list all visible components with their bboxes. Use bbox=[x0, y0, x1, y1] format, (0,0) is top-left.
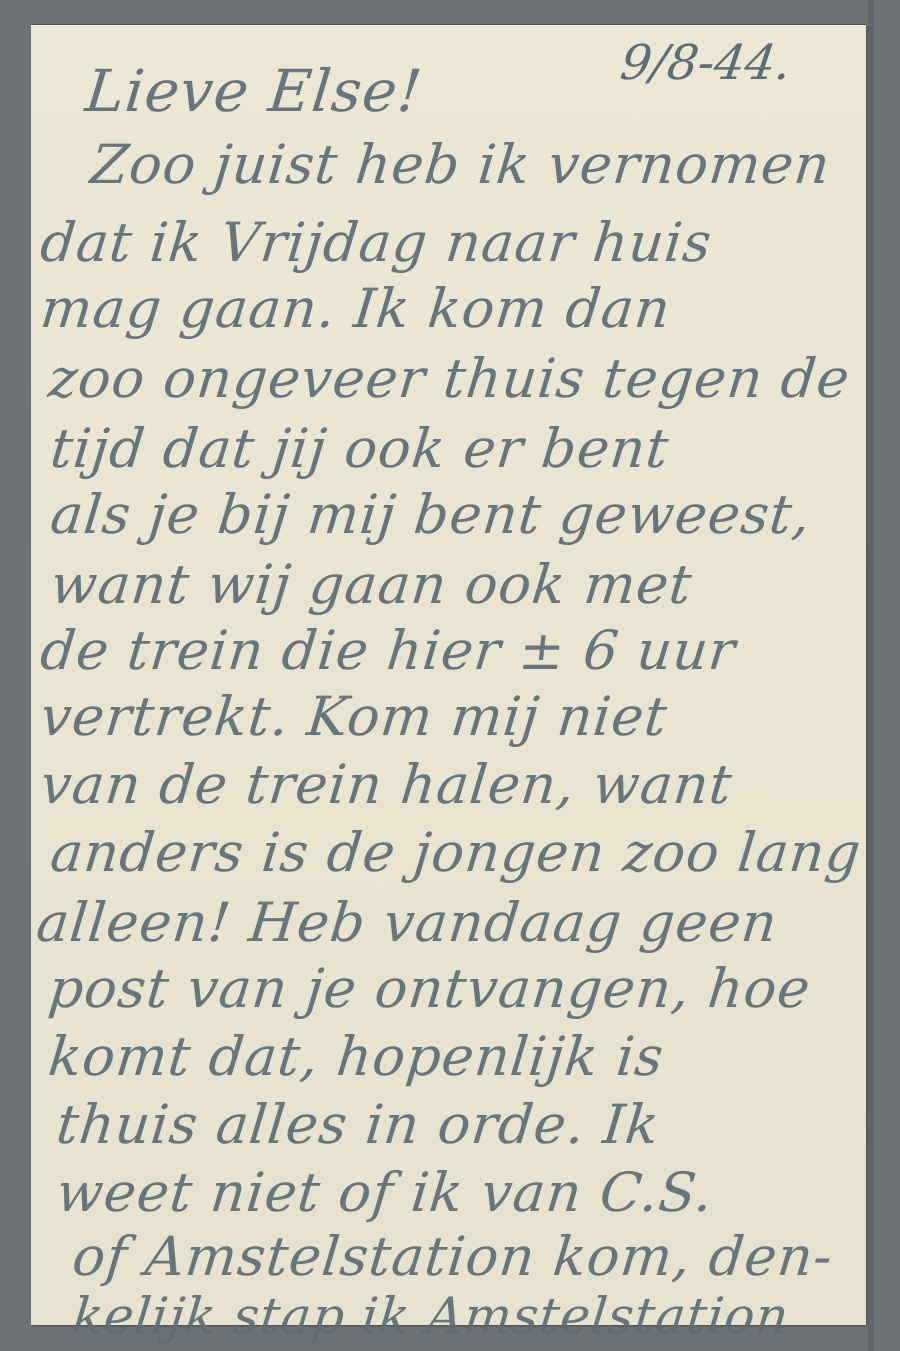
letter-line: mag gaan. Ik kom dan bbox=[38, 277, 674, 340]
letter-line: komt dat, hopenlijk is bbox=[46, 1025, 667, 1088]
letter-line: anders is de jongen zoo lang bbox=[48, 821, 865, 884]
letter-line: weet niet of ik van C.S. bbox=[54, 1161, 717, 1224]
letter-line: want wij gaan ook met bbox=[48, 553, 696, 616]
letter-line: zoo ongeveer thuis tegen de bbox=[46, 347, 854, 410]
letter-line: post van je ontvangen, hoe bbox=[46, 957, 814, 1020]
postcard: Lieve Else! 9/8-44. Zoo juist heb ik ver… bbox=[31, 25, 866, 1325]
letter-line: Zoo juist heb ik vernomen bbox=[88, 133, 834, 196]
letter-line: tijd dat jij ook er bent bbox=[48, 417, 672, 480]
letter-line: als je bij mij bent geweest, bbox=[48, 483, 814, 546]
letter-line: de trein die hier ± 6 uur bbox=[38, 619, 739, 682]
letter-line: alleen! Heb vandaag geen bbox=[34, 891, 781, 954]
letter-line: van de trein halen, want bbox=[38, 753, 736, 816]
letter-line: kelijk stap ik Amstelstation bbox=[70, 1287, 792, 1345]
letter-line: thuis alles in orde. Ik bbox=[54, 1093, 663, 1156]
salutation: Lieve Else! bbox=[82, 57, 425, 125]
letter-line: vertrekt. Kom mij niet bbox=[38, 685, 671, 748]
letter-line: of Amstelstation kom, den- bbox=[70, 1225, 836, 1288]
letter-date: 9/8-44. bbox=[617, 35, 795, 91]
scan-right-edge bbox=[868, 0, 874, 1351]
letter-line: dat ik Vrijdag naar huis bbox=[38, 211, 715, 274]
